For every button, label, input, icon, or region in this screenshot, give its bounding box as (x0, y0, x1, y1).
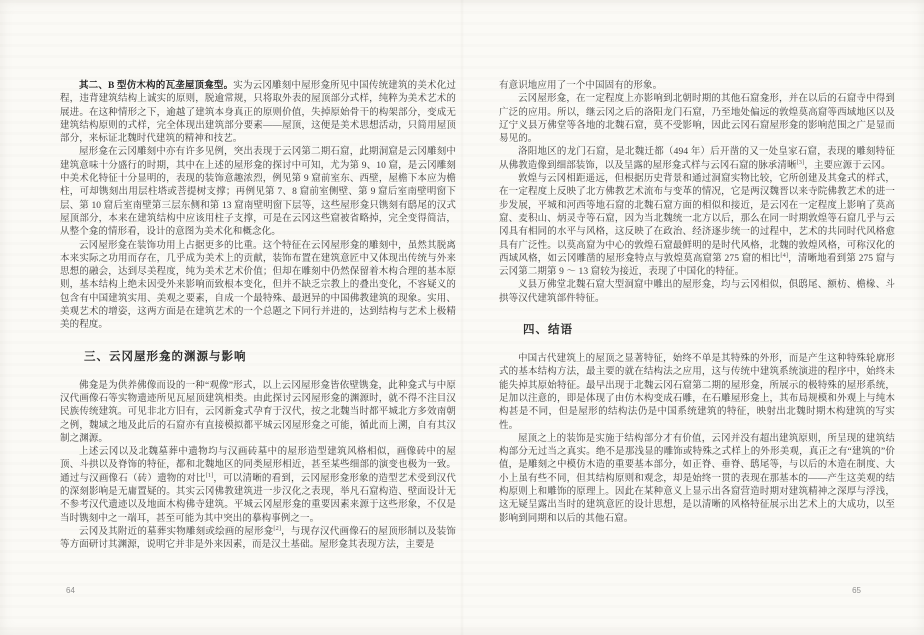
paragraph: 佛龛是为供养佛像而设的一种“观像”形式，以上云冈屋形龛皆依壁镌龛，此种龛式与中原… (60, 380, 456, 446)
paragraph: 上述云冈以及北魏墓葬中遗物均与汉画砖墓中的屋形造型建筑风格相似，画像砖中的屋顶、… (60, 446, 456, 526)
page-left-text-column: 其二、B 型仿木构的瓦垄屋顶龛型。实为云冈雕刻中屋形龛所见中国传统建筑的美术化过… (60, 80, 456, 553)
paragraph: 屋形龛在云冈雕刻中亦有许多见例，突出表现于云冈第二期石窟，此期洞窟是云冈雕刻中建… (60, 146, 456, 239)
paragraph-lead: 其二、B 型仿木构的瓦垄屋顶龛型。 (79, 81, 233, 91)
paragraph: 云冈屋形龛在装饰功用上占据更多的比重。这个特征在云冈屋形龛的雕刻中，虽然其脱离本… (60, 240, 456, 333)
paragraph: 中国古代建筑上的屋顶之显著特征，始终不单是其特殊的外形，而是产生这种特殊轮廓形式… (499, 353, 895, 433)
page-number-right: 65 (852, 586, 861, 595)
paragraph: 有意识地应用了一个中国固有的形象。 (499, 80, 895, 93)
page-seam (460, 0, 464, 635)
paragraph: 云冈及其附近的墓葬实物雕刻或绘画的屋形龛[2]，与现存汉代画像石的屋顶形制以及装… (60, 526, 456, 553)
paragraph: 屋顶之上的装饰是实施于结构部分才有价值，云冈并没有超出建筑原则，所呈现的建筑结构… (499, 433, 895, 526)
section-heading-conclusion: 四、结语 (523, 323, 895, 337)
section-heading-origins: 三、云冈屋形龛的渊源与影响 (84, 350, 456, 364)
page-right-text-column: 有意识地应用了一个中国固有的形象。 云冈屋形龛，在一定程度上亦影响到北朝时期的其… (499, 80, 895, 526)
paragraph: 义县万佛堂北魏石窟大型洞窟中雕出的屋形龛，均与云冈相似，俱鸱尾、额枋、檐椽、斗拱… (499, 279, 895, 306)
paragraph: 洛阳地区的龙门石窟，是北魏迁都（494 年）后开凿的又一处皇家石窟，表现的雕刻特… (499, 146, 895, 173)
paragraph: 敦煌与云冈相距遥远，但根据历史背景和通过洞窟实物比较，它所创建及其龛式的样式，在… (499, 173, 895, 279)
document-spread: 其二、B 型仿木构的瓦垄屋顶龛型。实为云冈雕刻中屋形龛所见中国传统建筑的美术化过… (0, 0, 924, 635)
paragraph: 云冈屋形龛，在一定程度上亦影响到北朝时期的其他石窟龛形，并在以后的石窟寺中得到广… (499, 93, 895, 146)
page-number-left: 64 (66, 586, 75, 595)
paragraph: 其二、B 型仿木构的瓦垄屋顶龛型。实为云冈雕刻中屋形龛所见中国传统建筑的美术化过… (60, 80, 456, 146)
